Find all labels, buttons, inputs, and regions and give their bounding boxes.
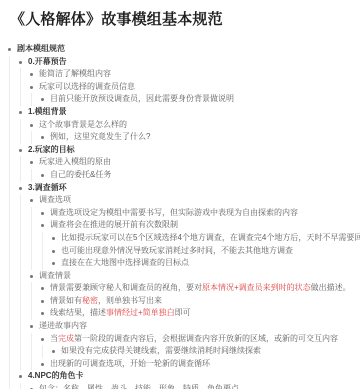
indent-guide [17, 358, 28, 371]
indent-guide [6, 219, 17, 232]
indent-guide [28, 169, 39, 182]
text-segment: 调查选项 [39, 195, 71, 204]
outline-item-text: 玩家可以选择的调查员信息 [39, 81, 135, 94]
indent-guide [6, 245, 17, 258]
text-segment: 直接在在大地图中选择调查的目标点 [61, 258, 189, 267]
outline-item[interactable]: 能简洁了解模组内容 [6, 68, 356, 81]
page-title: 《人格解体》故事模组基本规范 [10, 10, 356, 30]
outline-item[interactable]: 直接在在大地图中选择调查的目标点 [6, 257, 356, 270]
text-segment: 4.NPC的角色卡 [28, 371, 84, 380]
indent-guide [17, 68, 28, 81]
indent-guide [6, 68, 17, 81]
outline-item[interactable]: 例如，这里究竟发生了什么? [6, 131, 356, 144]
indent-guide [6, 295, 17, 308]
indent-guide [39, 245, 50, 258]
document-page: 《人格解体》故事模组基本规范 剧本模组规范0.开幕预告能简洁了解模组内容玩家可以… [0, 0, 360, 389]
outline-item-text: 3.调查循环 [28, 182, 67, 195]
text-segment: ，则单独书写出来 [98, 296, 162, 305]
indent-guide [6, 81, 17, 94]
bullet-icon[interactable] [39, 219, 50, 232]
indent-guide [6, 282, 17, 295]
text-segment: 0.开幕预告 [28, 57, 67, 66]
indent-guide [28, 333, 39, 346]
indent-guide [6, 358, 17, 371]
outline-item[interactable]: 自己的委托&任务 [6, 169, 356, 182]
indent-guide [39, 232, 50, 245]
indent-guide [6, 106, 17, 119]
text-segment: 玩家进入模组的原由 [39, 157, 111, 166]
indent-guide [6, 169, 17, 182]
text-segment: 调查选项设定为模组中需要书写，但实际游戏中表现为自由探索的内容 [50, 208, 298, 217]
bullet-icon[interactable] [39, 207, 50, 220]
text-segment: 情景需要兼顾守秘人和调查员的视角，要对 [50, 283, 202, 292]
text-segment: 剧本模组规范 [17, 44, 65, 53]
bullet-icon[interactable] [17, 106, 28, 119]
text-segment: 也可能出现意外情况导致玩家消耗过多时间，不能去其他地方调查 [61, 246, 293, 255]
outline-item-text: 例如，这里究竟发生了什么? [50, 131, 150, 144]
bullet-icon[interactable] [17, 182, 28, 195]
outline-item-text: 调查选项 [39, 194, 71, 207]
outline-item[interactable]: 玩家进入模组的原由 [6, 156, 356, 169]
outline-item-text: 比如提示玩家可以在5个区域选择4个地方调查，在调查完4个地方后，天时不早需要回去… [61, 232, 360, 245]
indent-guide [17, 257, 28, 270]
text-segment: 情景如有 [50, 296, 82, 305]
outline-item-text: 情景需要兼顾守秘人和调查员的视角，要对原本情况+调查员来到时的状态做出描述。 [50, 282, 351, 295]
bullet-icon[interactable] [39, 93, 50, 106]
indent-guide [17, 207, 28, 220]
text-segment: 递进故事内容 [39, 321, 87, 330]
outline-list: 剧本模组规范0.开幕预告能简洁了解模组内容玩家可以选择的调查员信息目前只能开放预… [6, 43, 356, 389]
indent-guide [6, 144, 17, 157]
outline-item-text: 这个故事背景是怎么样的 [39, 119, 127, 132]
bullet-icon[interactable] [28, 156, 39, 169]
text-segment: 调查将会在推进的展开前有次数限制 [50, 220, 178, 229]
indent-guide [17, 156, 28, 169]
indent-guide [6, 257, 17, 270]
outline-item-text: 剧本模组规范 [17, 43, 65, 56]
indent-guide [17, 295, 28, 308]
outline-item[interactable]: 情景如有秘密，则单独书写出来 [6, 295, 356, 308]
indent-guide [17, 232, 28, 245]
bullet-icon[interactable] [50, 345, 61, 358]
text-segment: 出现新的可调查选项，开始一轮新的调查循环 [50, 359, 210, 368]
bullet-icon[interactable] [39, 333, 50, 346]
bullet-icon[interactable] [39, 169, 50, 182]
outline-item-text: 如果没有完成获得关键线索，需要继续消耗时间继续探索 [61, 345, 261, 358]
bullet-icon[interactable] [28, 320, 39, 333]
text-segment: 调查情景 [39, 271, 71, 280]
outline-item-text: 调查将会在推进的展开前有次数限制 [50, 219, 178, 232]
text-segment: 3.调查循环 [28, 183, 67, 192]
indent-guide [6, 383, 17, 389]
text-segment: 线索结果，描述 [50, 308, 106, 317]
indent-guide [28, 245, 39, 258]
outline-item[interactable]: 调查将会在推进的展开前有次数限制 [6, 219, 356, 232]
indent-guide [17, 169, 28, 182]
outline-item[interactable]: 情景需要兼顾守秘人和调查员的视角，要对原本情况+调查员来到时的状态做出描述。 [6, 282, 356, 295]
outline-item[interactable]: 调查情景 [6, 270, 356, 283]
indent-guide [28, 345, 39, 358]
indent-guide [28, 307, 39, 320]
bullet-icon[interactable] [28, 383, 39, 389]
bullet-icon[interactable] [17, 144, 28, 157]
bullet-icon[interactable] [6, 43, 17, 56]
indent-guide [28, 93, 39, 106]
bullet-icon[interactable] [17, 56, 28, 69]
outline-item[interactable]: 这个故事背景是怎么样的 [6, 119, 356, 132]
indent-guide [17, 307, 28, 320]
bullet-icon[interactable] [17, 370, 28, 383]
outline-item-text: 目前只能开放预设调查员，因此需要身份背景做说明 [50, 93, 234, 106]
indent-guide [6, 307, 17, 320]
outline-item[interactable]: 调查选项 [6, 194, 356, 207]
text-segment: 如果没有完成获得关键线索，需要继续消耗时间继续探索 [61, 346, 261, 355]
bullet-icon[interactable] [50, 232, 61, 245]
indent-guide [6, 93, 17, 106]
outline-item[interactable]: 3.调查循环 [6, 182, 356, 195]
text-segment: 当 [50, 334, 58, 343]
outline-item[interactable]: 目前只能开放预设调查员，因此需要身份背景做说明 [6, 93, 356, 106]
indent-guide [28, 295, 39, 308]
indent-guide [6, 182, 17, 195]
outline-item-text: 递进故事内容 [39, 320, 87, 333]
outline-item[interactable]: 线索结果，描述事情经过+简单独白即可 [6, 307, 356, 320]
indent-guide [6, 320, 17, 333]
outline-item[interactable]: 1.模组背景 [6, 106, 356, 119]
indent-guide [17, 345, 28, 358]
outline-item[interactable]: 0.开幕预告 [6, 56, 356, 69]
text-segment: 这个故事背景是怎么样的 [39, 120, 127, 129]
bullet-icon[interactable] [39, 295, 50, 308]
outline-item[interactable]: 玩家可以选择的调查员信息 [6, 81, 356, 94]
bullet-icon[interactable] [50, 257, 61, 270]
indent-guide [6, 207, 17, 220]
indent-guide [28, 232, 39, 245]
outline-item[interactable]: 比如提示玩家可以在5个区域选择4个地方调查，在调查完4个地方后，天时不早需要回去… [6, 232, 356, 245]
bullet-icon[interactable] [39, 358, 50, 371]
bullet-icon[interactable] [28, 194, 39, 207]
indent-guide [6, 56, 17, 69]
text-segment: 比如提示玩家可以在5个区域选择4个地方调查，在调查完4个地方后，天时不早需要回去… [61, 233, 360, 242]
indent-guide [6, 270, 17, 283]
outline-item-text: 当完成第一阶段的调查内容后，会根据调查内容开放新的区域，或新的可交互内容 [50, 333, 338, 346]
outline-item-text: 2.玩家的目标 [28, 144, 75, 157]
indent-guide [28, 207, 39, 220]
bullet-icon[interactable] [28, 68, 39, 81]
outline-item-text: 也可能出现意外情况导致玩家消耗过多时间，不能去其他地方调查 [61, 245, 293, 258]
indent-guide [17, 81, 28, 94]
text-segment: 包含：名称，属性，战斗，技能，形象，特质，角色要点。 [39, 384, 247, 389]
indent-guide [6, 119, 17, 132]
outline-item[interactable]: 包含：名称，属性，战斗，技能，形象，特质，角色要点。 [6, 383, 356, 389]
outline-item-text: 调查情景 [39, 270, 71, 283]
indent-guide [6, 156, 17, 169]
text-segment: 能简洁了解模组内容 [39, 69, 111, 78]
outline-item-text: 包含：名称，属性，战斗，技能，形象，特质，角色要点。 [39, 383, 247, 389]
outline-item[interactable]: 4.NPC的角色卡 [6, 370, 356, 383]
indent-guide [17, 93, 28, 106]
indent-guide [6, 333, 17, 346]
bullet-icon[interactable] [28, 270, 39, 283]
bullet-icon[interactable] [39, 282, 50, 295]
outline-item-text: 自己的委托&任务 [50, 169, 111, 182]
outline-item-text: 情景如有秘密，则单独书写出来 [50, 295, 162, 308]
indent-guide [28, 282, 39, 295]
indent-guide [17, 131, 28, 144]
outline-item[interactable]: 也可能出现意外情况导致玩家消耗过多时间，不能去其他地方调查 [6, 245, 356, 258]
indent-guide [6, 194, 17, 207]
indent-guide [17, 320, 28, 333]
bullet-icon[interactable] [28, 81, 39, 94]
indent-guide [39, 257, 50, 270]
highlighted-text: 完成 [58, 334, 74, 343]
text-segment: 目前只能开放预设调查员，因此需要身份背景做说明 [50, 94, 234, 103]
indent-guide [6, 131, 17, 144]
highlighted-text: 原本情况+调查员来到时的状态 [202, 283, 311, 292]
bullet-icon[interactable] [39, 307, 50, 320]
indent-guide [17, 383, 28, 389]
text-segment: 玩家可以选择的调查员信息 [39, 82, 135, 91]
highlighted-text: 事情经过+简单独白 [106, 308, 175, 317]
text-segment: 2.玩家的目标 [28, 145, 75, 154]
text-segment: 自己的委托&任务 [50, 170, 111, 179]
indent-guide [17, 245, 28, 258]
text-segment: 1.模组背景 [28, 107, 67, 116]
indent-guide [28, 358, 39, 371]
outline-item-text: 直接在在大地图中选择调查的目标点 [61, 257, 189, 270]
outline-item[interactable]: 递进故事内容 [6, 320, 356, 333]
indent-guide [17, 219, 28, 232]
outline-item-text: 1.模组背景 [28, 106, 67, 119]
outline-item[interactable]: 2.玩家的目标 [6, 144, 356, 157]
indent-guide [6, 370, 17, 383]
outline-item-text: 调查选项设定为模组中需要书写，但实际游戏中表现为自由探索的内容 [50, 207, 298, 220]
outline-item[interactable]: 如果没有完成获得关键线索，需要继续消耗时间继续探索 [6, 345, 356, 358]
indent-guide [28, 131, 39, 144]
outline-item-text: 0.开幕预告 [28, 56, 67, 69]
bullet-icon[interactable] [39, 131, 50, 144]
bullet-icon[interactable] [50, 245, 61, 258]
outline-item[interactable]: 当完成第一阶段的调查内容后，会根据调查内容开放新的区域，或新的可交互内容 [6, 333, 356, 346]
text-segment: 做出描述。 [311, 283, 351, 292]
outline-item-text: 线索结果，描述事情经过+简单独白即可 [50, 307, 191, 320]
outline-item[interactable]: 出现新的可调查选项，开始一轮新的调查循环 [6, 358, 356, 371]
outline-item-text: 能简洁了解模组内容 [39, 68, 111, 81]
highlighted-text: 秘密 [82, 296, 98, 305]
indent-guide [6, 232, 17, 245]
text-segment: 即可 [175, 308, 191, 317]
bullet-icon[interactable] [28, 119, 39, 132]
text-segment: 例如，这里究竟发生了什么? [50, 132, 150, 141]
indent-guide [39, 345, 50, 358]
outline-item[interactable]: 调查选项设定为模组中需要书写，但实际游戏中表现为自由探索的内容 [6, 207, 356, 220]
indent-guide [28, 257, 39, 270]
outline-item[interactable]: 剧本模组规范 [6, 43, 356, 56]
indent-guide [17, 270, 28, 283]
outline-item-text: 出现新的可调查选项，开始一轮新的调查循环 [50, 358, 210, 371]
indent-guide [17, 119, 28, 132]
outline-item-text: 4.NPC的角色卡 [28, 370, 84, 383]
text-segment: 第一阶段的调查内容后，会根据调查内容开放新的区域，或新的可交互内容 [74, 334, 338, 343]
indent-guide [6, 345, 17, 358]
indent-guide [28, 219, 39, 232]
indent-guide [17, 194, 28, 207]
indent-guide [17, 282, 28, 295]
indent-guide [17, 333, 28, 346]
outline-item-text: 玩家进入模组的原由 [39, 156, 111, 169]
